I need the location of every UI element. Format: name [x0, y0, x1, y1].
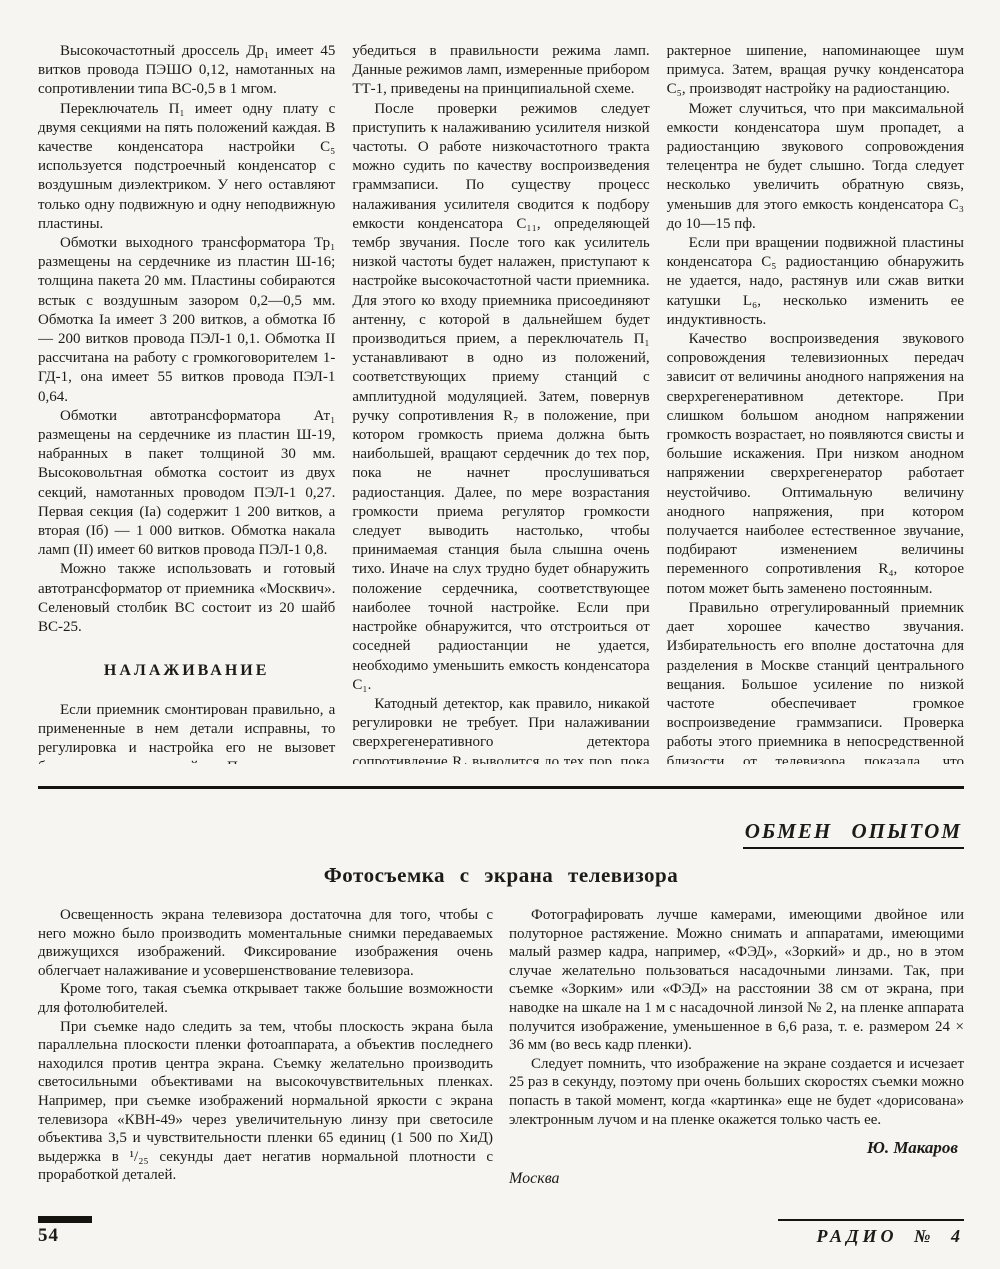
article-column-1: Освещенность экрана телевизора достаточн… — [38, 906, 493, 1188]
page-footer: 54 РАДИО № 4 — [38, 1216, 964, 1255]
paragraph: Освещенность экрана телевизора достаточн… — [38, 906, 493, 980]
article-column-2-paragraphs: Фотографировать лучше камерами, имеющими… — [509, 906, 964, 1129]
page-number: 54 — [38, 1225, 92, 1247]
top-column-1-paragraphs-after: Если приемник смонтирован правильно, а п… — [38, 701, 335, 765]
paragraph: Переключатель П₁ имеет одну плату с двум… — [38, 100, 335, 234]
paragraph: Правильно отрегулированный приемник дает… — [667, 599, 964, 764]
paragraph: Обмотки автотрансформатора Ат₁ размещены… — [38, 407, 335, 561]
paragraph: Можно также использовать и готовый автот… — [38, 560, 335, 637]
journal-rule — [778, 1219, 964, 1221]
paragraph: Если при вращении подвижной пластины кон… — [667, 234, 964, 330]
article-title: Фотосъемка с экрана телевизора — [38, 863, 964, 888]
top-column-3: рактерное шипение, напоминающее шум прим… — [667, 42, 964, 764]
paragraph: Кроме того, такая съемка открывает также… — [38, 980, 493, 1017]
paragraph: Если приемник смонтирован правильно, а п… — [38, 701, 335, 765]
paragraph: Обмотки выходного трансформатора Тр₁ раз… — [38, 234, 335, 407]
journal-block: РАДИО № 4 — [778, 1219, 964, 1247]
paragraph: Следует помнить, что изображение на экра… — [509, 1055, 964, 1129]
top-column-2: убедиться в правильности режима ламп. Да… — [352, 42, 649, 764]
experience-rubric-row: ОБМЕН ОПЫТОМ — [38, 819, 964, 849]
experience-rubric-label: ОБМЕН ОПЫТОМ — [743, 819, 964, 849]
paragraph: Качество воспроизведения звукового сопро… — [667, 330, 964, 599]
section-heading-nalazhivanie: НАЛАЖИВАНИЕ — [38, 661, 335, 680]
article-column-2: Фотографировать лучше камерами, имеющими… — [509, 906, 964, 1188]
magazine-page: Высокочастотный дроссель Др₁ имеет 45 ви… — [0, 0, 1000, 1269]
top-column-1-paragraphs: Высокочастотный дроссель Др₁ имеет 45 ви… — [38, 42, 335, 637]
paragraph: Высокочастотный дроссель Др₁ имеет 45 ви… — [38, 42, 335, 100]
paragraph: Может случиться, что при максимальной ем… — [667, 100, 964, 234]
author-location: Москва — [509, 1170, 964, 1189]
page-number-block: 54 — [38, 1216, 92, 1247]
paragraph: При съемке надо следить за тем, чтобы пл… — [38, 1018, 493, 1185]
top-column-1: Высокочастотный дроссель Др₁ имеет 45 ви… — [38, 42, 335, 764]
paragraph: Фотографировать лучше камерами, имеющими… — [509, 906, 964, 1055]
article-columns: Освещенность экрана телевизора достаточн… — [38, 906, 964, 1188]
journal-name: РАДИО № 4 — [817, 1226, 964, 1247]
paragraph: рактерное шипение, напоминающее шум прим… — [667, 42, 964, 100]
page-number-bar — [38, 1216, 92, 1223]
paragraph: Катодный детектор, как правило, никакой … — [352, 695, 649, 764]
paragraph: После проверки режимов следует приступит… — [352, 100, 649, 695]
author-signature: Ю. Макаров — [509, 1139, 964, 1158]
top-section: Высокочастотный дроссель Др₁ имеет 45 ви… — [38, 42, 964, 764]
section-divider-rule — [38, 786, 964, 789]
paragraph: убедиться в правильности режима ламп. Да… — [352, 42, 649, 100]
